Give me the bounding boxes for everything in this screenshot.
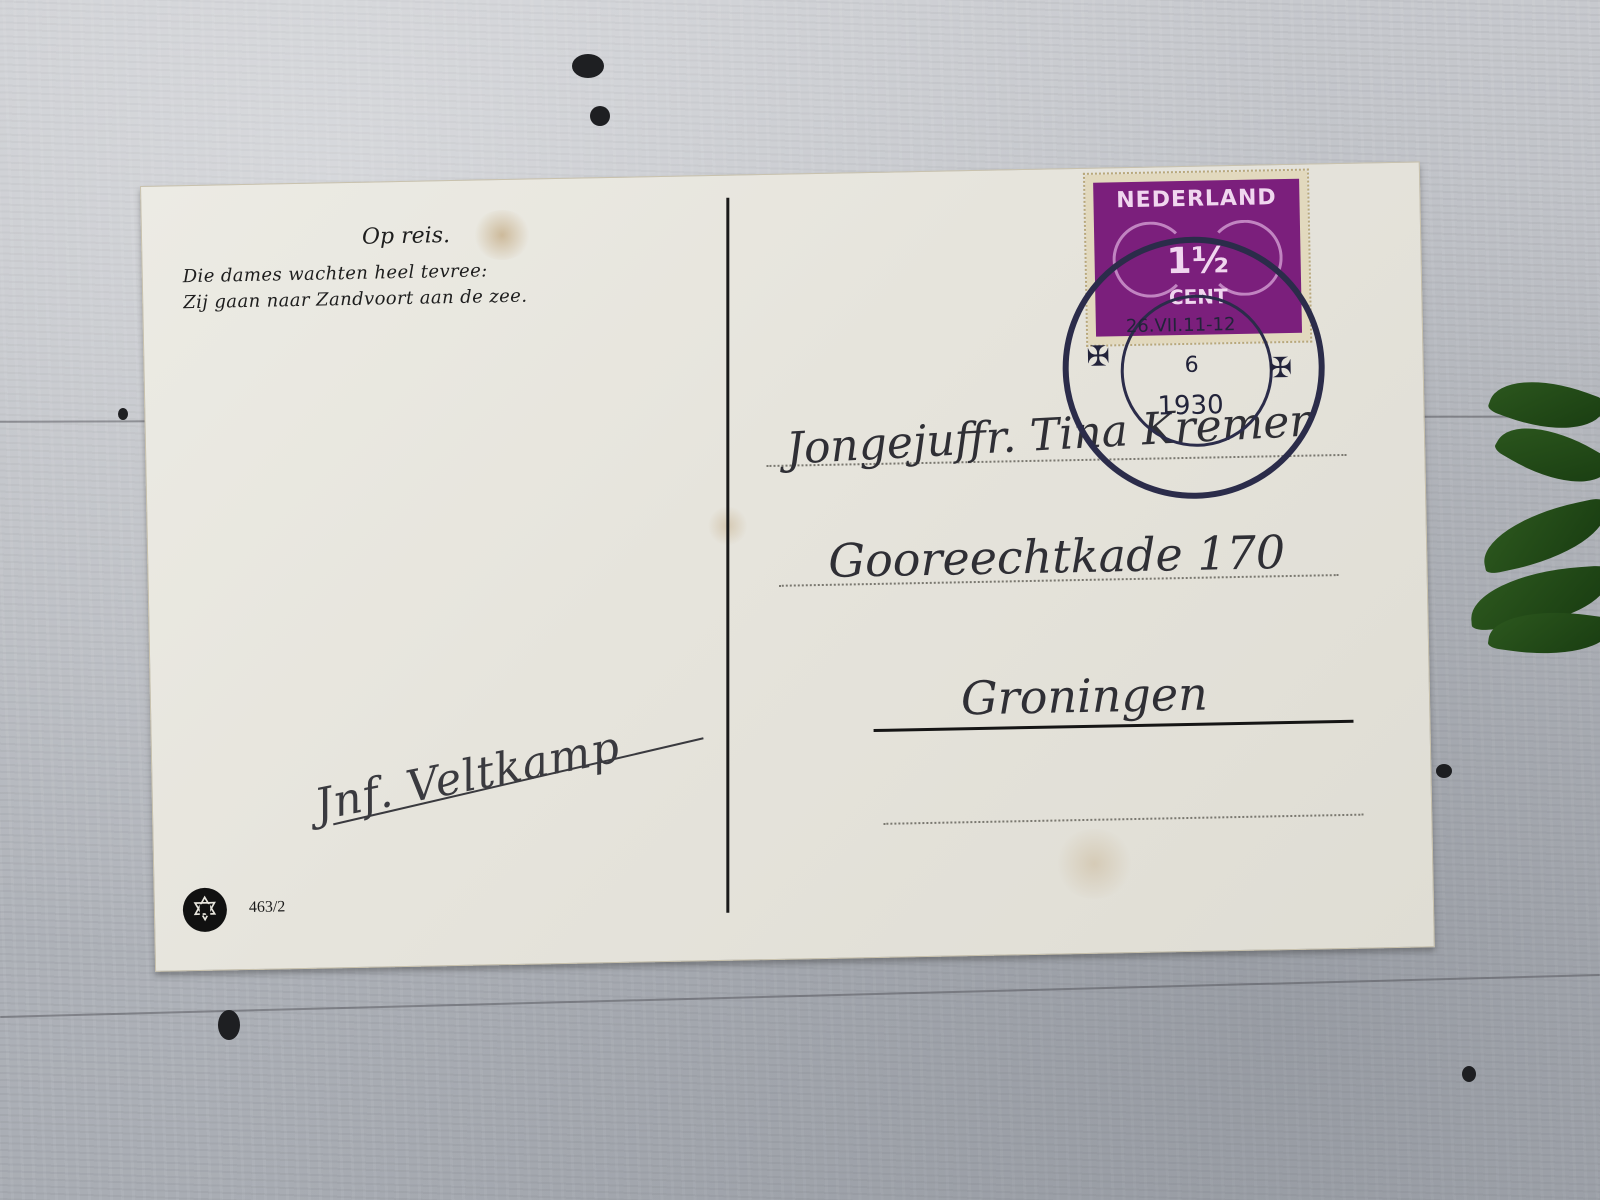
sender-signature: Jnf. Veltkamp (310, 721, 624, 831)
stamp-country: NEDERLAND (1093, 185, 1299, 214)
card-number: 463/2 (249, 898, 286, 917)
postmark-hour: 6 (1184, 353, 1198, 378)
concrete-pit (118, 408, 128, 420)
address-city: Groningen (960, 667, 1208, 726)
address-street: Gooreechtkade 170 (828, 525, 1286, 588)
concrete-seam (0, 974, 1600, 1018)
concrete-pit (590, 106, 610, 126)
postmark-year: 1930 (1157, 390, 1224, 421)
center-divider-line (726, 198, 729, 913)
concrete-pit (572, 54, 604, 78)
postcard: Op reis. Die dames wachten heel tevree: … (140, 161, 1435, 971)
postmark-cross-icon: ✠ (1086, 339, 1110, 372)
verse-title: Op reis. (362, 223, 450, 250)
verse-line: Zij gaan naar Zandvoort aan de zee. (183, 286, 528, 314)
leaf (1476, 497, 1600, 575)
address-dotted-line (883, 814, 1363, 825)
publisher-logo-letter: N (198, 900, 212, 919)
leaf-sprig (1470, 370, 1600, 660)
verse-line: Die dames wachten heel tevree: (183, 260, 488, 287)
age-stain (1054, 828, 1135, 900)
concrete-pit (1436, 764, 1452, 778)
postmark-date: 26.VII.11-12 (1126, 314, 1236, 337)
age-stain (472, 209, 533, 260)
concrete-pit (1462, 1066, 1476, 1082)
publisher-star-logo-icon: ✡ N (182, 887, 227, 932)
postmark-cross-icon: ✠ (1268, 351, 1292, 384)
concrete-pit (218, 1010, 240, 1040)
